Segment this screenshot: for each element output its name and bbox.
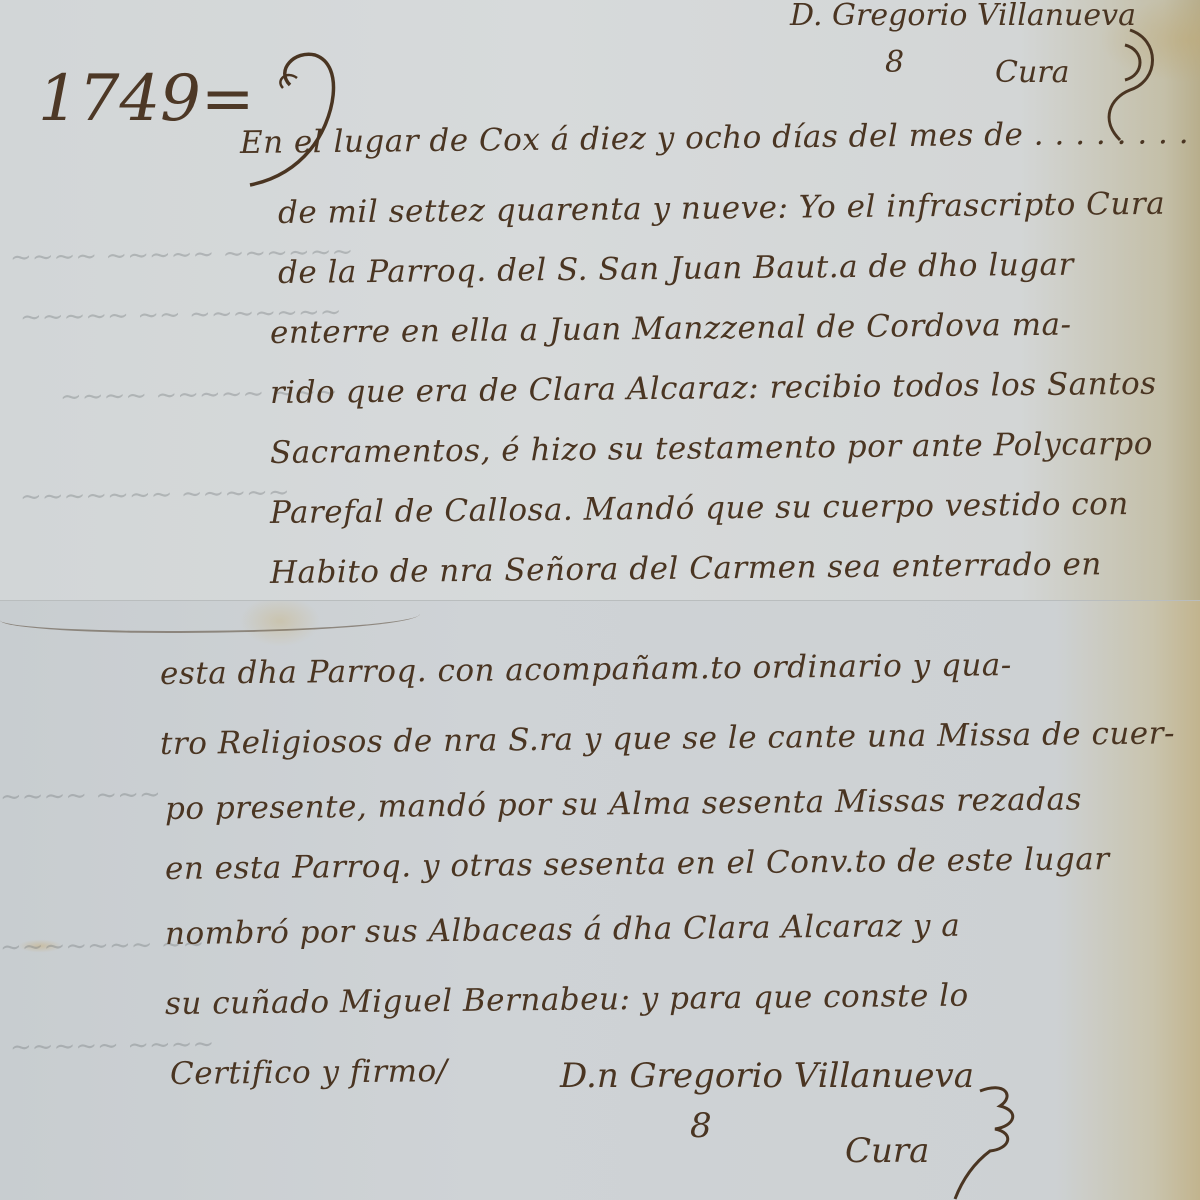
manuscript-page-bottom: ~~~~ ~~~ ~~~~~~~ ~~ ~~~~~ ~~~~ esta dha … [0,600,1200,1200]
manuscript-line-3: de la Parroq. del S. San Juan Baut.a de … [278,247,1074,291]
manuscript-line-1: En el lugar de Cox á diez y ocho días de… [240,115,1200,161]
manuscript-line-2: de mil settez quarenta y nueve: Yo el in… [278,186,1166,231]
manuscript-line-11: po presente, mandó por su Alma sesenta M… [165,781,1082,827]
manuscript-line-5: rido que era de Clara Alcaraz: recibio t… [270,366,1157,411]
manuscript-line-10: tro Religiosos de nra S.ra y que se le c… [160,715,1175,762]
rubric-flourish-icon [950,1071,1040,1200]
header-signature-mark: 8 [885,45,904,80]
closing-signature-name: D.n Gregorio Villanueva [560,1056,974,1096]
bleed-through-text: ~~~~ ~~~ [0,780,161,813]
manuscript-line-8: Habito de nra Señora del Carmen sea ente… [270,546,1102,591]
manuscript-line-9: esta dha Parroq. con acompañam.to ordina… [160,647,1012,692]
manuscript-line-15: Certifico y firmo/ [170,1053,448,1092]
manuscript-line-12: en esta Parroq. y otras sesenta en el Co… [165,841,1110,887]
bleed-through-text: ~~~~~~~ ~~~~~ [20,478,290,513]
manuscript-line-13: nombró por sus Albaceas á dha Clara Alca… [165,908,961,952]
torn-paper-edge [0,601,420,633]
manuscript-page-top: ~~~~ ~~~~~ ~~~~~~ ~~~~~ ~~ ~~~~~~~ ~~~~ … [0,0,1200,600]
closing-signature-title: Cura [845,1131,929,1171]
manuscript-document: ~~~~ ~~~~~ ~~~~~~ ~~~~~ ~~ ~~~~~~~ ~~~~ … [0,0,1200,1200]
closing-signature-mark: 8 [690,1106,712,1146]
manuscript-line-7: Parefal de Callosa. Mandó que su cuerpo … [270,486,1129,531]
entry-year-number: 1749= [38,62,255,136]
header-signature-title: Cura [995,55,1070,90]
manuscript-line-14: su cuñado Miguel Bernabeu: y para que co… [165,978,969,1022]
manuscript-line-6: Sacramentos, é hizo su testamento por an… [270,426,1153,471]
initial-flourish-icon [235,40,355,190]
header-signature-name: D. Gregorio Villanueva [790,0,1136,33]
manuscript-line-4: enterre en ella a Juan Manzzenal de Cord… [270,307,1072,351]
